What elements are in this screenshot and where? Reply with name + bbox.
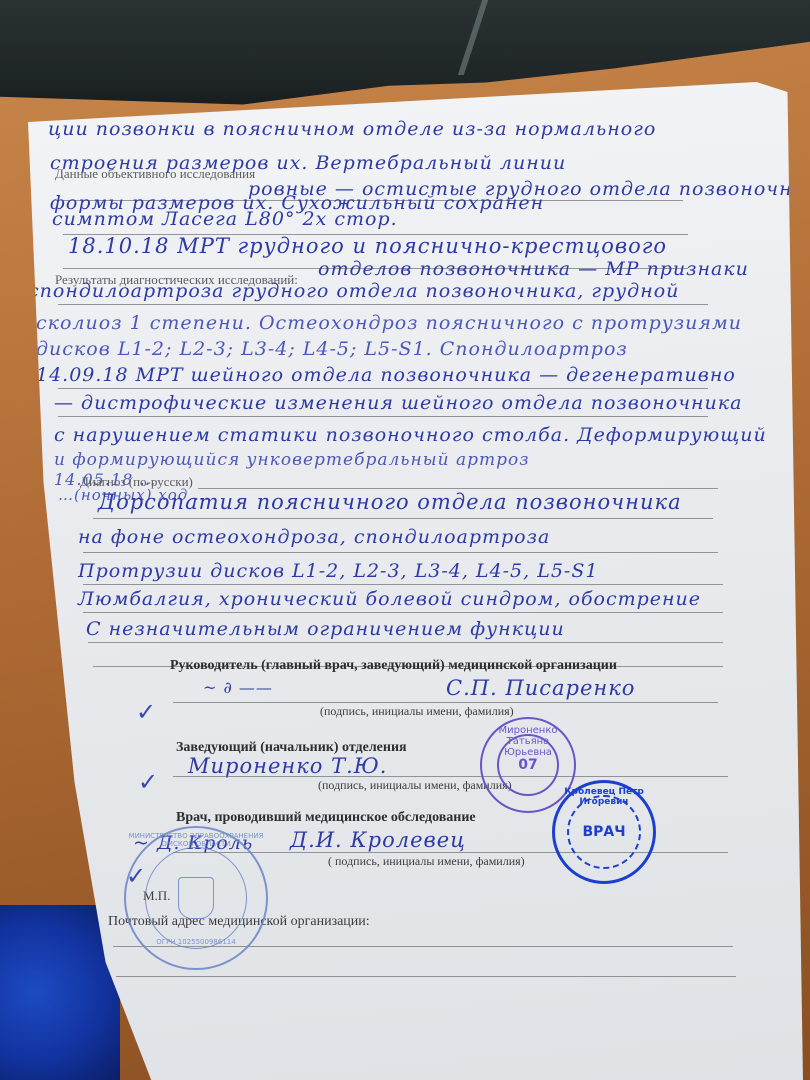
coat-of-arms-icon <box>178 877 214 919</box>
check-mark: ✓ <box>138 768 158 796</box>
handwritten-line: 14.09.18 МРТ шейного отдела позвоночника… <box>36 364 736 386</box>
handwritten-line: сколиоз 1 степени. Остеохондроз поясничн… <box>36 312 742 334</box>
stamp-ring-text: Кролевец Пётр Игоревич <box>555 787 653 807</box>
handwritten-line: на фоне остеохондроза, спондилоартроза <box>78 526 550 548</box>
diagnosis-label: Диагноз (по-русски) <box>80 474 193 490</box>
stamp-physician: ВРАЧ Кролевец Пётр Игоревич <box>552 780 656 884</box>
signature-name-department: Мироненко Т.Ю. <box>188 754 387 778</box>
handwritten-line: С незначительным ограничением функции <box>86 618 565 640</box>
seal-ring-text: МИНИСТЕРСТВО ЗДРАВООХРАНЕНИЯ ОМСКОЙ ОБЛА… <box>126 832 266 848</box>
handwritten-line: Протрузии дисков L1-2, L2-3, L3-4, L4-5,… <box>78 560 598 582</box>
handwritten-line: — дистрофические изменения шейного отдел… <box>54 392 742 414</box>
signature-caption: ( подпись, инициалы имени, фамилия) <box>328 854 525 869</box>
stamp-center-text: 07 <box>518 757 537 773</box>
signature-name-head: С.П. Писаренко <box>446 676 635 700</box>
handwritten-line: Люмбалгия, хронический болевой синдром, … <box>78 588 701 610</box>
signature-name-physician: Д.И. Кролевец <box>290 828 466 852</box>
handwritten-line: симптом Ласега L80° 2х стор. <box>52 208 398 230</box>
signature-role-physician: Врач, проводивший медицинское обследован… <box>176 810 476 826</box>
handwritten-line: и формирующийся унковертебральный артроз <box>54 450 529 470</box>
handwritten-line: спондилоартроза грудного отдела позвоноч… <box>28 280 679 302</box>
signature-scribble: ~ ∂ —— <box>203 678 273 697</box>
objective-exam-label: Данные объективного исследования <box>55 166 255 182</box>
handwritten-line: дисков L1-2; L2-3; L3-4; L4-5; L5-S1. Сп… <box>36 338 628 360</box>
seal-ogrn: ОГРН 1025500986114 <box>156 938 235 946</box>
organization-seal: МИНИСТЕРСТВО ЗДРАВООХРАНЕНИЯ ОМСКОЙ ОБЛА… <box>124 826 268 970</box>
handwritten-line: Дорсопатия поясничного отдела позвоночни… <box>98 490 682 514</box>
check-mark: ✓ <box>136 698 156 726</box>
handwritten-line: отделов позвоночника — МР признаки <box>318 258 749 280</box>
handwritten-line: ции позвонки в поясничном отделе из-за н… <box>48 118 656 140</box>
signature-role-head: Руководитель (главный врач, заведующий) … <box>170 658 617 674</box>
signature-caption: (подпись, инициалы имени, фамилия) <box>320 704 514 719</box>
stamp-ring-text: Мироненко Татьяна Юрьевна <box>482 725 574 758</box>
handwritten-line: 18.10.18 МРТ грудного и пояснично-крестц… <box>68 234 667 258</box>
handwritten-line: с нарушением статики позвоночного столба… <box>54 424 767 446</box>
